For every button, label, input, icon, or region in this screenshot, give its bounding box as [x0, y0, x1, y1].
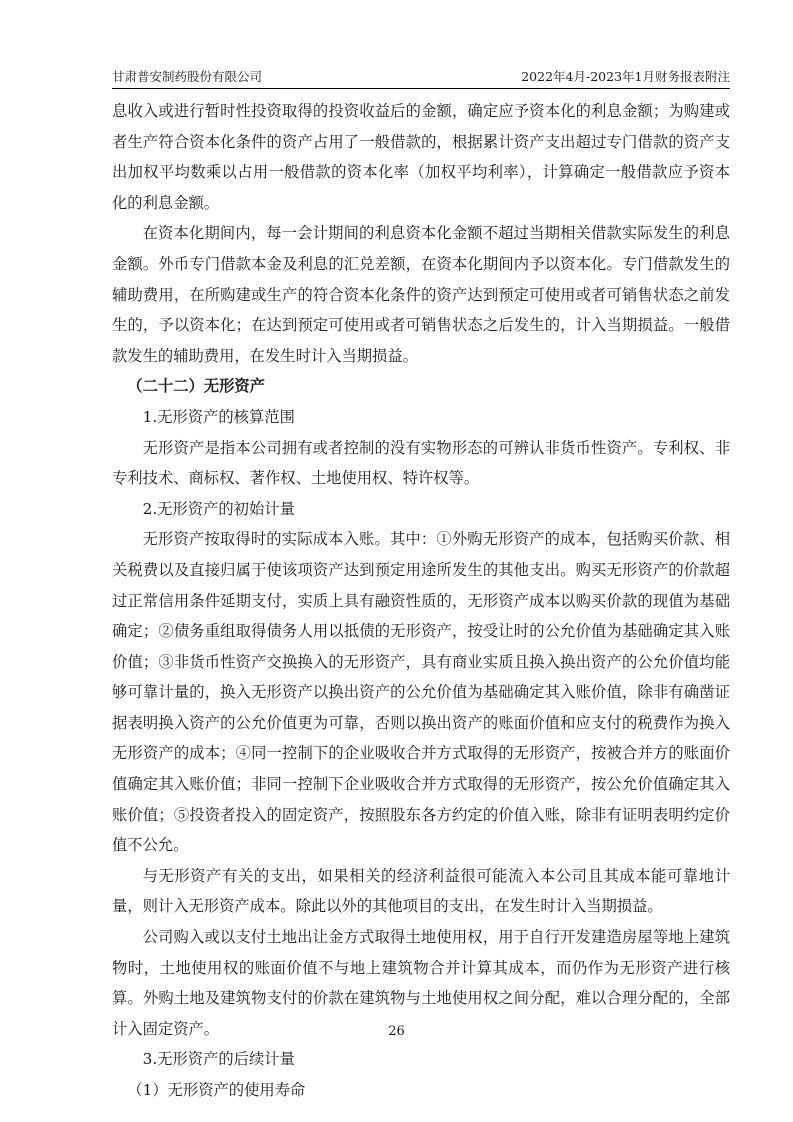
header-company-name: 甘肃普安制药股份有限公司	[112, 67, 262, 87]
paragraph-scope: 无形资产是指本公司拥有或者控制的没有实物形态的可辨认非货币性资产。专利权、非专利…	[112, 433, 730, 494]
subsection-title-scope: 1.无形资产的核算范围	[112, 402, 730, 433]
section-heading-intangible-assets: （二十二）无形资产	[112, 371, 730, 402]
page-number: 26	[0, 1024, 793, 1039]
header-report-title: 2022年4月-2023年1月财务报表附注	[521, 67, 730, 87]
page-header: 甘肃普安制药股份有限公司 2022年4月-2023年1月财务报表附注	[112, 66, 730, 89]
paragraph-capitalization-limit: 在资本化期间内，每一会计期间的利息资本化金额不超过当期相关借款实际发生的利息金额…	[112, 218, 730, 371]
subsection-title-initial-measurement: 2.无形资产的初始计量	[112, 494, 730, 525]
subsection-title-useful-life: （1）无形资产的使用寿命	[112, 1075, 730, 1106]
subsection-title-subsequent-measurement: 3.无形资产的后续计量	[112, 1044, 730, 1075]
paragraph-initial-measurement: 无形资产按取得时的实际成本入账。其中：①外购无形资产的成本，包括购买价款、相关税…	[112, 524, 730, 861]
paragraph-capitalization-continued: 息收入或进行暂时性投资取得的投资收益后的金额，确定应予资本化的利息金额；为购建或…	[112, 96, 730, 218]
page-body: 息收入或进行暂时性投资取得的投资收益后的金额，确定应予资本化的利息金额；为购建或…	[112, 96, 730, 1106]
paragraph-related-expenditure: 与无形资产有关的支出，如果相关的经济利益很可能流入本公司且其成本能可靠地计量，则…	[112, 861, 730, 922]
